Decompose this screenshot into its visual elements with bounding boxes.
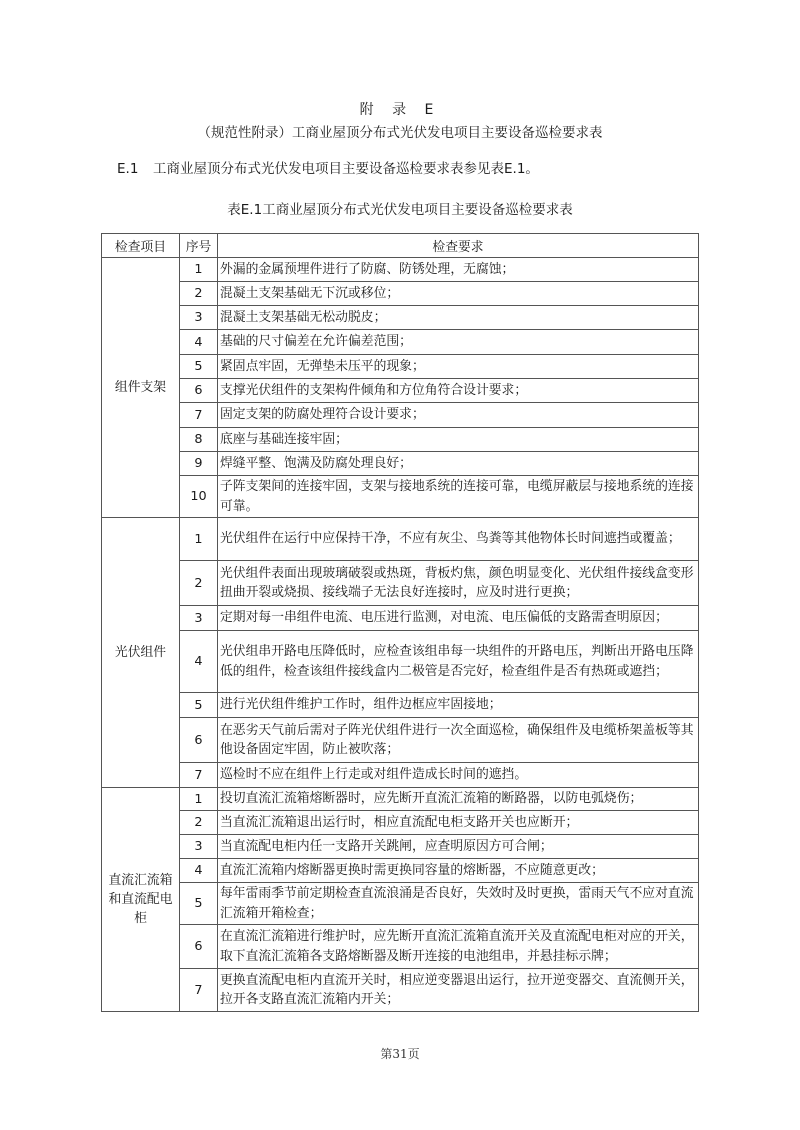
requirement-cell: 底座与基础连接牢固； xyxy=(218,428,699,452)
seq-cell: 3 xyxy=(180,835,218,859)
seq-cell: 2 xyxy=(180,282,218,306)
table-row: 3混凝土支架基础无松动脱皮； xyxy=(102,306,699,330)
table-row: 3定期对每一串组件电流、电压进行监测，对电流、电压偏低的支路需查明原因； xyxy=(102,606,699,631)
seq-cell: 9 xyxy=(180,452,218,476)
header-category: 检查项目 xyxy=(102,234,180,258)
table-row: 10子阵支架间的连接牢固，支架与接地系统的连接可靠，电缆屏蔽层与接地系统的连接可… xyxy=(102,476,699,518)
requirement-cell: 巡检时不应在组件上行走或对组件造成长时间的遮挡。 xyxy=(218,763,699,788)
requirement-cell: 混凝土支架基础无下沉或移位； xyxy=(218,282,699,306)
requirement-cell: 直流汇流箱内熔断器更换时需更换同容量的熔断器，不应随意更改； xyxy=(218,859,699,883)
requirement-cell: 当直流汇流箱退出运行时，相应直流配电柜支路开关也应断开； xyxy=(218,811,699,835)
seq-cell: 5 xyxy=(180,883,218,925)
seq-cell: 1 xyxy=(180,518,218,561)
table-row: 4直流汇流箱内熔断器更换时需更换同容量的熔断器，不应随意更改； xyxy=(102,859,699,883)
seq-cell: 3 xyxy=(180,306,218,330)
requirement-cell: 光伏组串开路电压降低时，应检查该组串每一块组件的开路电压，判断出开路电压降低的组… xyxy=(218,631,699,693)
table-row: 4光伏组串开路电压降低时，应检查该组串每一块组件的开路电压，判断出开路电压降低的… xyxy=(102,631,699,693)
requirement-cell: 进行光伏组件维护工作时，组件边框应牢固接地； xyxy=(218,693,699,718)
header-requirement: 检查要求 xyxy=(218,234,699,258)
category-cell: 组件支架 xyxy=(102,258,180,518)
requirement-cell: 混凝土支架基础无松动脱皮； xyxy=(218,306,699,330)
seq-cell: 2 xyxy=(180,811,218,835)
table-row: 5进行光伏组件维护工作时，组件边框应牢固接地； xyxy=(102,693,699,718)
requirement-cell: 投切直流汇流箱熔断器时，应先断开直流汇流箱的断路器，以防电弧烧伤； xyxy=(218,788,699,811)
table-row: 2光伏组件表面出现玻璃破裂或热斑，背板灼焦，颜色明显变化、光伏组件接线盒变形扭曲… xyxy=(102,561,699,606)
requirement-cell: 支撑光伏组件的支架构件倾角和方位角符合设计要求； xyxy=(218,379,699,403)
table-row: 2混凝土支架基础无下沉或移位； xyxy=(102,282,699,306)
seq-cell: 1 xyxy=(180,258,218,282)
appendix-title: 附 录 E xyxy=(0,101,800,119)
table-body: 组件支架1外漏的金属预埋件进行了防腐、防锈处理，无腐蚀；2混凝土支架基础无下沉或… xyxy=(102,258,699,1012)
requirement-cell: 当直流配电柜内任一支路开关跳闸，应查明原因方可合闸； xyxy=(218,835,699,859)
requirement-cell: 光伏组件表面出现玻璃破裂或热斑，背板灼焦，颜色明显变化、光伏组件接线盒变形扭曲开… xyxy=(218,561,699,606)
requirement-cell: 在直流汇流箱进行维护时，应先断开直流汇流箱直流开关及直流配电柜对应的开关，取下直… xyxy=(218,925,699,969)
table-row: 6在恶劣天气前后需对子阵光伏组件进行一次全面巡检，确保组件及电缆桥架盖板等其他设… xyxy=(102,718,699,763)
seq-cell: 8 xyxy=(180,428,218,452)
requirement-cell: 每年雷雨季节前定期检查直流浪涌是否良好，失效时及时更换，雷雨天气不应对直流汇流箱… xyxy=(218,883,699,925)
seq-cell: 5 xyxy=(180,355,218,379)
seq-cell: 7 xyxy=(180,763,218,788)
table-row: 7巡检时不应在组件上行走或对组件造成长时间的遮挡。 xyxy=(102,763,699,788)
table-row: 9焊缝平整、饱满及防腐处理良好； xyxy=(102,452,699,476)
category-cell: 直流汇流箱和直流配电柜 xyxy=(102,788,180,1012)
requirement-cell: 光伏组件在运行中应保持干净，不应有灰尘、鸟粪等其他物体长时间遮挡或覆盖； xyxy=(218,518,699,561)
table-row: 组件支架1外漏的金属预埋件进行了防腐、防锈处理，无腐蚀； xyxy=(102,258,699,282)
clause-text: 工商业屋顶分布式光伏发电项目主要设备巡检要求表参见表E.1。 xyxy=(153,161,539,177)
requirement-cell: 定期对每一串组件电流、电压进行监测，对电流、电压偏低的支路需查明原因； xyxy=(218,606,699,631)
table-row: 5每年雷雨季节前定期检查直流浪涌是否良好，失效时及时更换，雷雨天气不应对直流汇流… xyxy=(102,883,699,925)
clause-e1: E.1工商业屋顶分布式光伏发电项目主要设备巡检要求表参见表E.1。 xyxy=(117,160,539,178)
seq-cell: 3 xyxy=(180,606,218,631)
seq-cell: 6 xyxy=(180,718,218,763)
table-row: 光伏组件1光伏组件在运行中应保持干净，不应有灰尘、鸟粪等其他物体长时间遮挡或覆盖… xyxy=(102,518,699,561)
inspection-requirements-table: 检查项目 序号 检查要求 组件支架1外漏的金属预埋件进行了防腐、防锈处理，无腐蚀… xyxy=(101,233,699,1012)
table-row: 7固定支架的防腐处理符合设计要求； xyxy=(102,403,699,428)
category-cell: 光伏组件 xyxy=(102,518,180,788)
table-caption: 表E.1工商业屋顶分布式光伏发电项目主要设备巡检要求表 xyxy=(0,201,800,219)
table-row: 4基础的尺寸偏差在允许偏差范围； xyxy=(102,330,699,355)
requirement-cell: 更换直流配电柜内直流开关时，相应逆变器退出运行，拉开逆变器交、直流侧开关，拉开各… xyxy=(218,969,699,1012)
table-row: 6在直流汇流箱进行维护时，应先断开直流汇流箱直流开关及直流配电柜对应的开关，取下… xyxy=(102,925,699,969)
table-row: 2当直流汇流箱退出运行时，相应直流配电柜支路开关也应断开； xyxy=(102,811,699,835)
requirement-cell: 基础的尺寸偏差在允许偏差范围； xyxy=(218,330,699,355)
seq-cell: 1 xyxy=(180,788,218,811)
seq-cell: 2 xyxy=(180,561,218,606)
seq-cell: 7 xyxy=(180,969,218,1012)
seq-cell: 10 xyxy=(180,476,218,518)
page-number: 第31页 xyxy=(0,1045,800,1062)
seq-cell: 4 xyxy=(180,330,218,355)
seq-cell: 4 xyxy=(180,859,218,883)
header-seq: 序号 xyxy=(180,234,218,258)
table-row: 5紧固点牢固，无弹垫未压平的现象； xyxy=(102,355,699,379)
requirement-cell: 焊缝平整、饱满及防腐处理良好； xyxy=(218,452,699,476)
table-row: 直流汇流箱和直流配电柜1投切直流汇流箱熔断器时，应先断开直流汇流箱的断路器，以防… xyxy=(102,788,699,811)
requirement-cell: 外漏的金属预埋件进行了防腐、防锈处理，无腐蚀； xyxy=(218,258,699,282)
table-row: 8底座与基础连接牢固； xyxy=(102,428,699,452)
requirement-cell: 在恶劣天气前后需对子阵光伏组件进行一次全面巡检，确保组件及电缆桥架盖板等其他设备… xyxy=(218,718,699,763)
table-header-row: 检查项目 序号 检查要求 xyxy=(102,234,699,258)
table-row: 7更换直流配电柜内直流开关时，相应逆变器退出运行，拉开逆变器交、直流侧开关，拉开… xyxy=(102,969,699,1012)
appendix-subtitle: （规范性附录）工商业屋顶分布式光伏发电项目主要设备巡检要求表 xyxy=(0,124,800,142)
requirement-cell: 子阵支架间的连接牢固，支架与接地系统的连接可靠，电缆屏蔽层与接地系统的连接可靠。 xyxy=(218,476,699,518)
seq-cell: 7 xyxy=(180,403,218,428)
seq-cell: 4 xyxy=(180,631,218,693)
requirement-cell: 固定支架的防腐处理符合设计要求； xyxy=(218,403,699,428)
clause-number: E.1 xyxy=(117,160,153,178)
seq-cell: 5 xyxy=(180,693,218,718)
seq-cell: 6 xyxy=(180,925,218,969)
table-row: 6支撑光伏组件的支架构件倾角和方位角符合设计要求； xyxy=(102,379,699,403)
requirement-cell: 紧固点牢固，无弹垫未压平的现象； xyxy=(218,355,699,379)
table-row: 3当直流配电柜内任一支路开关跳闸，应查明原因方可合闸； xyxy=(102,835,699,859)
seq-cell: 6 xyxy=(180,379,218,403)
